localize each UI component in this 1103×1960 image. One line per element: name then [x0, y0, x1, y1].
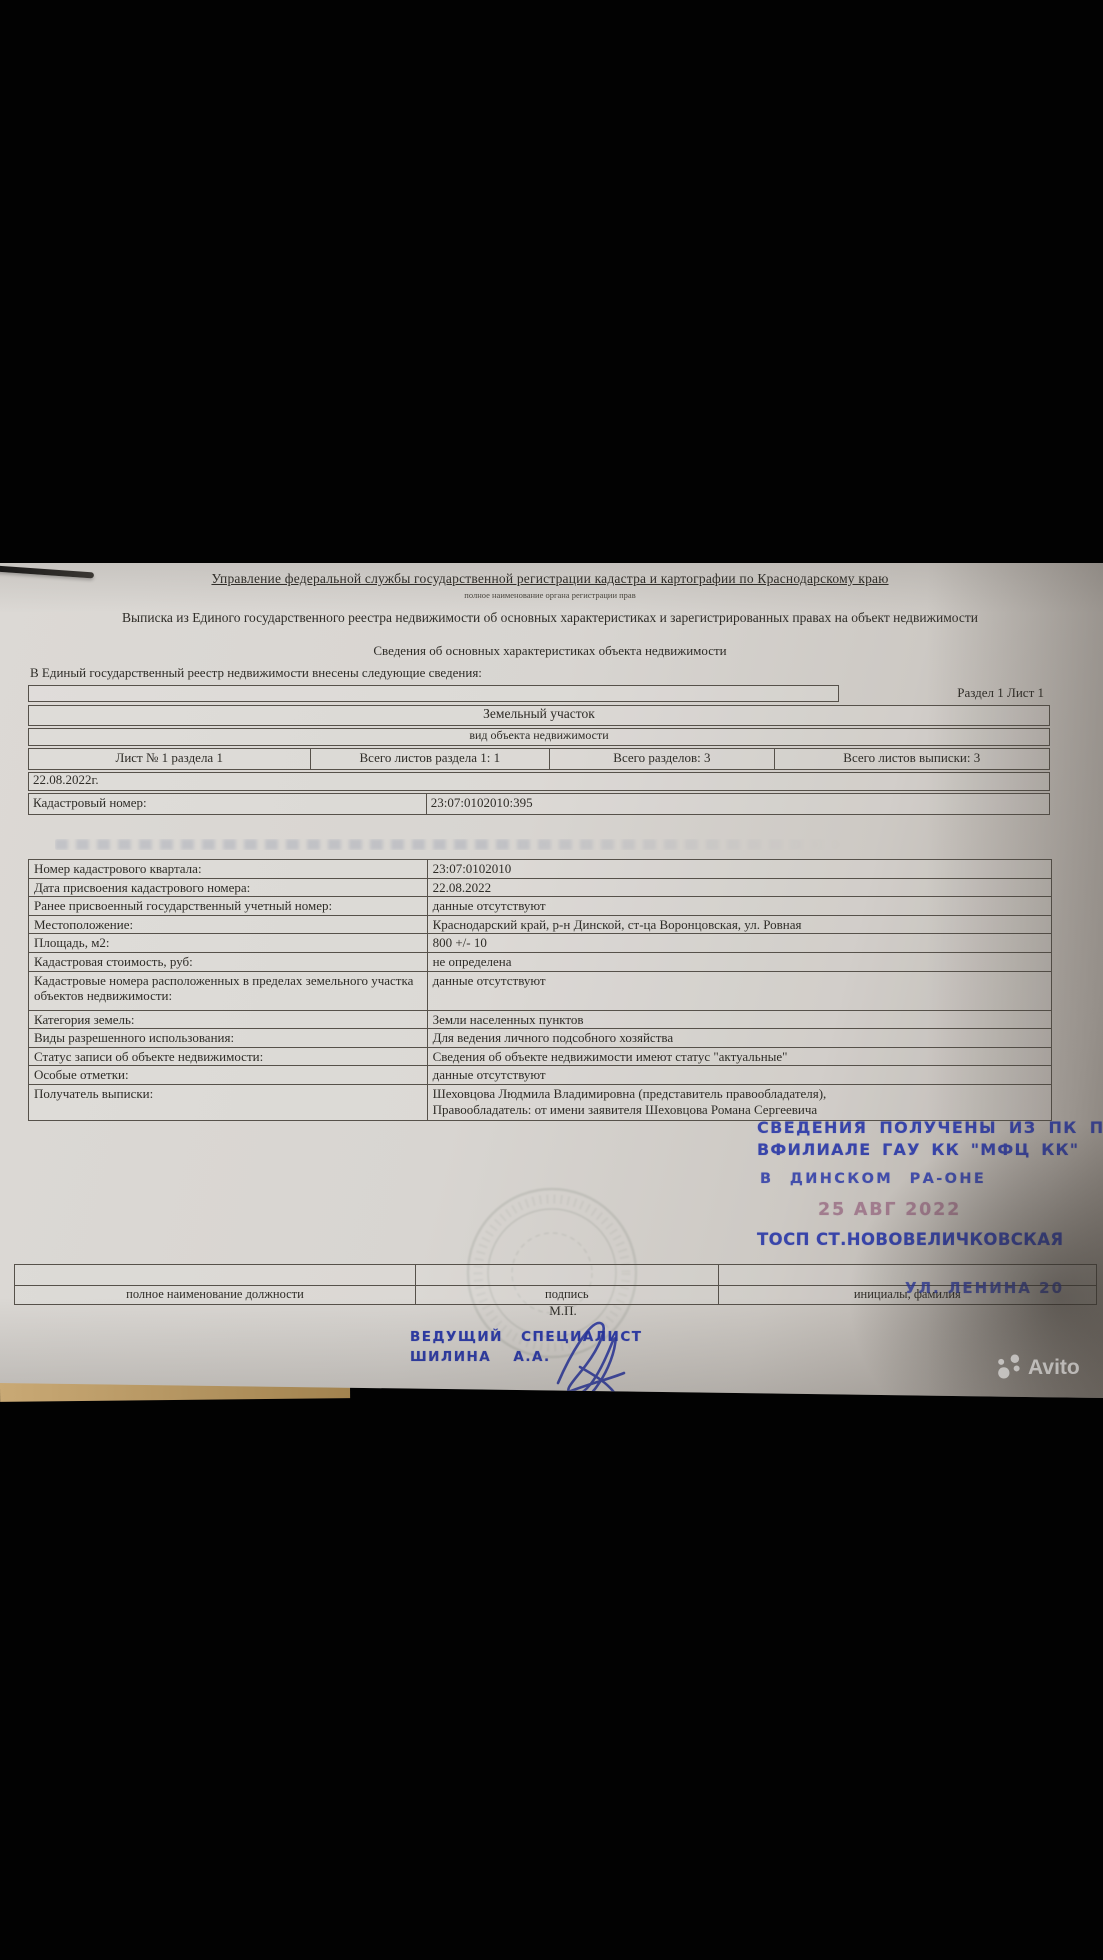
- cadastral-number-row: Кадастровый номер: 23:07:0102010:395: [28, 793, 1050, 815]
- empty-cell: [15, 1265, 415, 1285]
- detail-value: данные отсутствуют: [428, 896, 1051, 915]
- detail-value: Сведения об объекте недвижимости имеют с…: [428, 1047, 1051, 1066]
- mfc-stamp-line4: ТОСП СТ.НОВОВЕЛИЧКОВСКАЯ: [757, 1230, 1063, 1249]
- avito-logo-icon: [995, 1352, 1025, 1384]
- object-type: Земельный участок: [28, 705, 1050, 726]
- signature-caption: подпись: [415, 1285, 718, 1304]
- empty-header-box: [28, 685, 839, 702]
- signer-name-stamp: ШИЛИНА А.А.: [410, 1349, 551, 1365]
- detail-value: Земли населенных пунктов: [428, 1010, 1051, 1029]
- mfc-stamp-line2: ВФИЛИАЛЕ ГАУ КК "МФЦ КК": [757, 1140, 1079, 1159]
- avito-logo-text: Avito: [1028, 1356, 1080, 1380]
- detail-label: Кадастровая стоимость, руб:: [29, 952, 428, 971]
- handwritten-signature: [540, 1315, 660, 1398]
- object-type-caption: вид объекта недвижимости: [28, 728, 1050, 746]
- sheet-cell: Всего разделов: 3: [549, 749, 773, 769]
- detail-value: Краснодарский край, р-н Динской, ст-ца В…: [428, 915, 1051, 934]
- detail-label: Виды разрешенного использования:: [29, 1028, 428, 1047]
- mfc-stamp-line1: СВЕДЕНИЯ ПОЛУЧЕНЫ ИЗ ПК ПВД: [757, 1118, 1103, 1137]
- sheet-cell: Всего листов раздела 1: 1: [310, 749, 550, 769]
- sheet-cell: Лист № 1 раздела 1: [29, 749, 310, 769]
- section-title: Сведения об основных характеристиках объ…: [40, 643, 1060, 659]
- sheet-cell: Всего листов выписки: 3: [774, 749, 1049, 769]
- intro-line: В Единый государственный реестр недвижим…: [30, 665, 482, 681]
- details-table: Номер кадастрового квартала: 23:07:01020…: [28, 859, 1052, 1121]
- photo-viewer[interactable]: Управление федеральной службы государств…: [0, 0, 1103, 1960]
- cadastral-number-value: 23:07:0102010:395: [427, 794, 1049, 814]
- date-row: 22.08.2022г.: [28, 772, 1050, 791]
- detail-label: Статус записи об объекте недвижимости:: [29, 1047, 428, 1066]
- bleed-through-text: [55, 839, 845, 850]
- detail-label: Особые отметки:: [29, 1065, 428, 1084]
- empty-cell: [415, 1265, 718, 1285]
- detail-label: Номер кадастрового квартала:: [29, 860, 428, 878]
- detail-value: 800 +/- 10: [428, 933, 1051, 952]
- detail-value: Для ведения личного подсобного хозяйства: [428, 1028, 1051, 1047]
- detail-value: 22.08.2022: [428, 878, 1051, 897]
- mfc-stamp-line3: В ДИНСКОМ РА-ОНЕ: [760, 1171, 986, 1187]
- mfc-stamp-date: 25 АВГ 2022: [818, 1200, 961, 1220]
- detail-value: не определена: [428, 952, 1051, 971]
- detail-value: данные отсутствуют: [428, 1065, 1051, 1084]
- org-name-caption: полное наименование органа регистрации п…: [40, 590, 1060, 600]
- org-name: Управление федеральной службы государств…: [40, 571, 1060, 587]
- cadastral-number-label: Кадастровый номер:: [29, 794, 427, 814]
- detail-label: Категория земель:: [29, 1010, 428, 1029]
- detail-label: Местоположение:: [29, 915, 428, 934]
- detail-label: Дата присвоения кадастрового номера:: [29, 878, 428, 897]
- avito-watermark: Avito: [995, 1352, 1080, 1384]
- sheet-counts-row: Лист № 1 раздела 1 Всего листов раздела …: [28, 748, 1050, 770]
- detail-value: Шеховцова Людмила Владимировна (представ…: [428, 1084, 1051, 1120]
- document-title: Выписка из Единого государственного реес…: [40, 610, 1060, 626]
- detail-label: Получатель выписки:: [29, 1084, 428, 1120]
- section-sheet-table: Раздел 1 Лист 1 Земельный участок вид об…: [28, 683, 1050, 815]
- detail-value: данные отсутствуют: [428, 971, 1051, 1010]
- detail-label: Площадь, м2:: [29, 933, 428, 952]
- mfc-stamp-address: УЛ. ЛЕНИНА 20: [905, 1279, 1064, 1297]
- document-photo: Управление федеральной службы государств…: [0, 563, 1103, 1398]
- position-caption: полное наименование должности: [15, 1285, 415, 1304]
- detail-label: Ранее присвоенный государственный учетны…: [29, 896, 428, 915]
- detail-label: Кадастровые номера расположенных в преде…: [29, 971, 428, 1010]
- section-sheet-corner-label: Раздел 1 Лист 1: [849, 685, 1050, 701]
- detail-value: 23:07:0102010: [428, 860, 1051, 878]
